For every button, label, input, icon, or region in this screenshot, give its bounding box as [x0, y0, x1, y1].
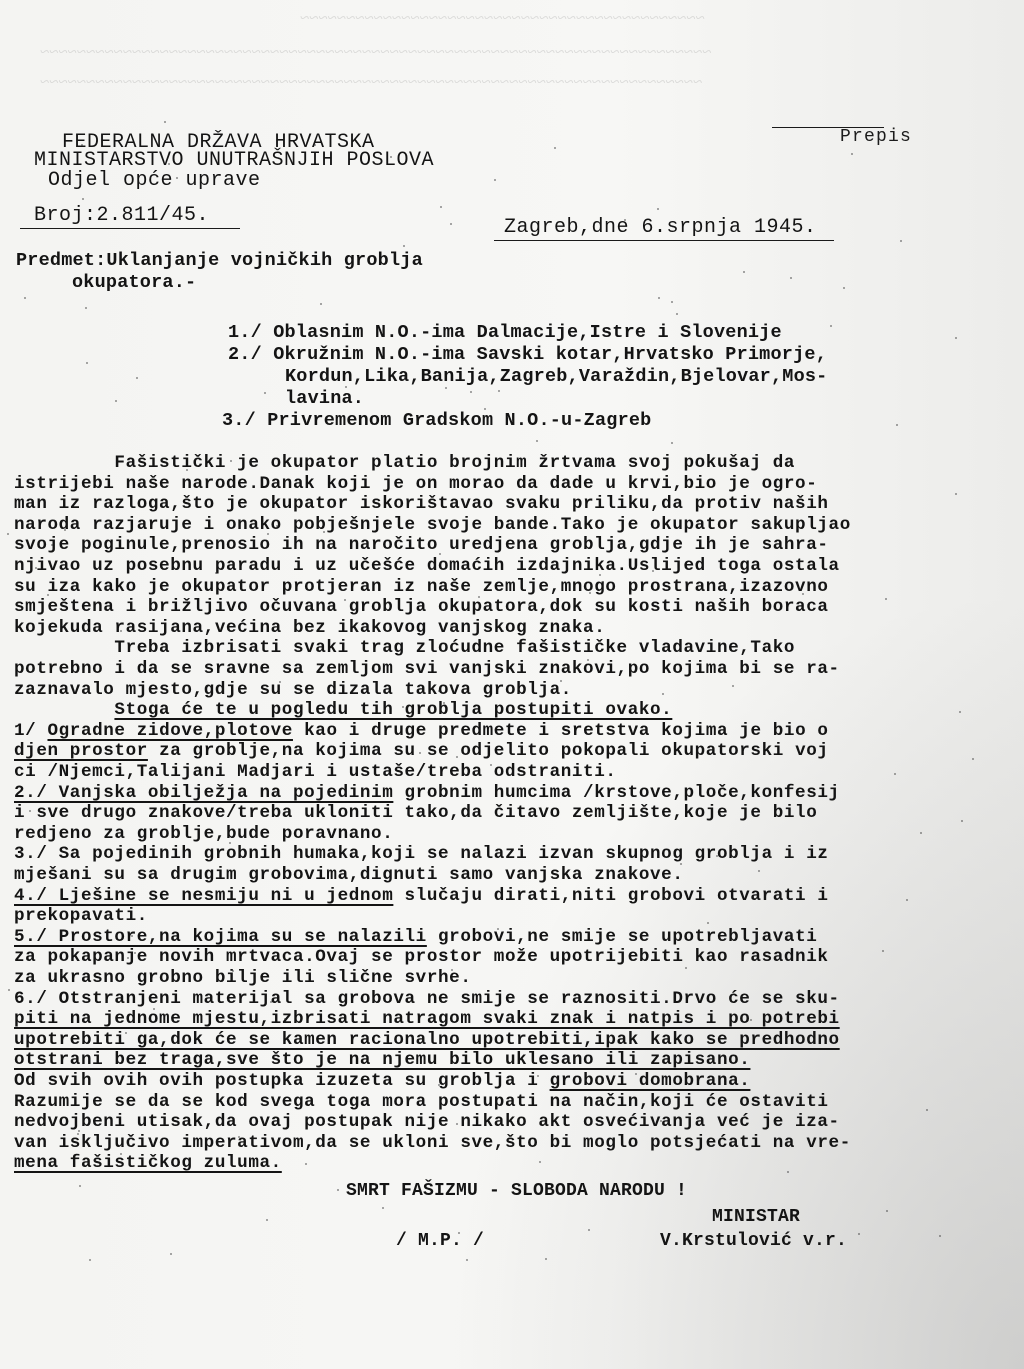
- speck: [51, 544, 53, 546]
- body-line: piti na jednome mjestu,izbrisati natrago…: [14, 1008, 840, 1030]
- speck: [89, 1259, 91, 1261]
- speck: [450, 223, 452, 225]
- speck: [758, 870, 760, 872]
- recipient-2-cont: Kordun,Lika,Banija,Zagreb,Varaždin,Bjelo…: [285, 366, 828, 388]
- speck: [402, 706, 404, 708]
- body-line: mena fašističkog zuluma.: [14, 1152, 282, 1174]
- speck: [451, 969, 453, 971]
- text-segment: istrijebi naše narode.Danak koji je on m…: [14, 474, 817, 494]
- speck: [685, 967, 687, 969]
- speck: [266, 1219, 268, 1221]
- body-line: svoje poginule,prenosio ih na naročito u…: [14, 534, 829, 556]
- speck: [750, 1019, 752, 1021]
- text-segment: redjeno za groblje,bude poravnano.: [14, 824, 393, 844]
- speck: [490, 764, 492, 766]
- speck: [344, 599, 346, 601]
- speck: [264, 392, 266, 394]
- body-line: 6./ Otstranjeni materijal sa grobova ne …: [14, 988, 840, 1010]
- speck: [456, 1123, 458, 1125]
- speck: [926, 1109, 928, 1111]
- speck: [186, 469, 188, 471]
- speck: [894, 773, 896, 775]
- speck: [333, 505, 335, 507]
- speck: [29, 810, 31, 812]
- text-segment: Od svih ovih ovih postupka izuzeta su gr…: [14, 1071, 550, 1091]
- speck: [961, 820, 963, 822]
- text-segment: van isključivo imperativom,da se ukloni …: [14, 1133, 851, 1153]
- speck: [232, 970, 234, 972]
- speck: [494, 179, 496, 181]
- text-segment: [14, 700, 114, 720]
- speck: [478, 596, 480, 598]
- date-underline: [494, 240, 834, 241]
- text-segment: prekopavati.: [14, 906, 148, 926]
- speck: [337, 1189, 339, 1191]
- speck: [183, 876, 185, 878]
- text-segment: za groblje,na kojima su se odjelito poko…: [148, 741, 829, 761]
- speck: [466, 1259, 468, 1261]
- speck: [230, 460, 232, 462]
- speck: [498, 390, 500, 392]
- body-line: zaznavalo mjesto,gdje su se dizala takov…: [14, 679, 572, 701]
- speck: [545, 1258, 547, 1260]
- speck: [35, 567, 37, 569]
- body-line: van isključivo imperativom,da se ukloni …: [14, 1132, 851, 1154]
- body-line: mješani su sa drugim grobovima,dignuti s…: [14, 864, 683, 886]
- speck: [120, 1153, 122, 1155]
- speck: [176, 177, 178, 179]
- speck: [707, 922, 709, 924]
- speck: [77, 1133, 79, 1135]
- speck: [229, 1075, 231, 1077]
- subject-line-2: okupatora.-: [72, 272, 196, 294]
- speck: [536, 440, 538, 442]
- speck: [24, 297, 26, 299]
- underlined-text: piti na jednome mjestu,izbrisati natrago…: [14, 1009, 840, 1029]
- body-line: za pokapanje novih mrtvaca.Ovaj se prost…: [14, 946, 829, 968]
- speck: [86, 362, 88, 364]
- body-line: upotrebiti ga,dok će se kamen racionalno…: [14, 1029, 840, 1051]
- speck: [537, 1075, 539, 1077]
- speck: [8, 989, 10, 991]
- speck: [438, 1084, 440, 1086]
- text-segment: njivao uz posebnu paradu i uz učešće dom…: [14, 556, 840, 576]
- recipient-1: 1./ Oblasnim N.O.-ima Dalmacije,Istre i …: [228, 322, 782, 344]
- speck: [790, 277, 792, 279]
- recipient-2: 2./ Okružnim N.O.-ima Savski kotar,Hrvat…: [228, 344, 827, 366]
- speck: [305, 1163, 307, 1165]
- speck: [458, 1232, 460, 1234]
- underlined-text: otstrani bez traga,sve što je na njemu b…: [14, 1050, 750, 1070]
- underlined-text: djen prostor: [14, 741, 148, 761]
- speck: [7, 533, 9, 535]
- speck: [279, 681, 281, 683]
- text-segment: man iz razloga,što je okupator iskorišta…: [14, 494, 829, 514]
- speck: [882, 950, 884, 952]
- speck: [732, 685, 734, 687]
- text-segment: slučaju dirati,niti grobovi otvarati i: [393, 886, 828, 906]
- underlined-text: mena fašističkog zuluma.: [14, 1153, 282, 1173]
- underlined-text: Ogradne zidove,plotove: [47, 721, 292, 741]
- speck: [229, 842, 231, 844]
- speck: [502, 630, 504, 632]
- speck: [450, 625, 452, 627]
- speck: [270, 1001, 272, 1003]
- bleed-through-text: ~~~~~~~~~~~~~~~~~~~~~~~~~~~~~~~~~~~~~~~~…: [300, 8, 705, 28]
- speck: [896, 424, 898, 426]
- signatory-title: MINISTAR: [712, 1206, 800, 1228]
- speck: [164, 121, 166, 123]
- body-line: Fašistički je okupator platio brojnim žr…: [14, 452, 795, 474]
- speck: [671, 301, 673, 303]
- body-line: smještena i brižljivo očuvana groblja ok…: [14, 596, 829, 618]
- underlined-text: Stoga će te u pogledu tih groblja postup…: [114, 700, 672, 720]
- speck: [168, 163, 170, 165]
- speck: [131, 935, 133, 937]
- underlined-text: grobovi domobrana.: [550, 1071, 751, 1091]
- speck: [115, 400, 117, 402]
- speck: [125, 1032, 127, 1034]
- body-line: Treba izbrisati svaki trag zloćudne faši…: [14, 637, 795, 659]
- speck: [657, 208, 659, 210]
- speck: [955, 493, 957, 495]
- stamp-placeholder: / M.P. /: [396, 1230, 484, 1252]
- body-line: ci /Njemci,Talijani Madjari i ustaše/tre…: [14, 761, 617, 783]
- underlined-text: 2./ Vanjska obilježja na pojedinim: [14, 783, 393, 803]
- speck: [440, 206, 442, 208]
- speck: [886, 1210, 888, 1212]
- text-segment: zaznavalo mjesto,gdje su se dizala takov…: [14, 680, 572, 700]
- speck: [320, 303, 322, 305]
- speck: [906, 899, 908, 901]
- speck: [351, 522, 353, 524]
- body-line: man iz razloga,što je okupator iskorišta…: [14, 493, 829, 515]
- speck: [528, 604, 530, 606]
- speck: [652, 570, 654, 572]
- speck: [134, 952, 136, 954]
- bleed-through-text: ~~~~~~~~~~~~~~~~~~~~~~~~~~~~~~~~~~~~~~~~…: [40, 72, 702, 92]
- text-segment: smještena i brižljivo očuvana groblja ok…: [14, 597, 829, 617]
- speck: [560, 680, 562, 682]
- speck: [959, 711, 961, 713]
- text-segment: naroda razjaruje i onako pobješnjele svo…: [14, 515, 851, 535]
- speck: [939, 1235, 941, 1237]
- text-segment: i sve drugo znakove/treba ukloniti tako,…: [14, 803, 817, 823]
- text-segment: Treba izbrisati svaki trag zloćudne faši…: [14, 638, 795, 658]
- body-line: naroda razjaruje i onako pobješnjele svo…: [14, 514, 851, 536]
- speck: [78, 1130, 80, 1132]
- body-line: potrebno i da se sravne sa zemljom svi v…: [14, 658, 840, 680]
- speck: [136, 377, 138, 379]
- text-segment: nedvojbeni utisak,da ovaj postupak nije …: [14, 1112, 840, 1132]
- speck: [81, 144, 83, 146]
- closing-slogan: SMRT FAŠIZMU - SLOBODA NARODU !: [346, 1180, 687, 1202]
- speck: [662, 693, 664, 695]
- speck: [589, 592, 591, 594]
- speck: [120, 630, 122, 632]
- body-line: 1/ Ogradne zidove,plotove kao i druge pr…: [14, 720, 829, 742]
- speck: [680, 863, 682, 865]
- text-segment: grobnim humcima /krstove,ploče,konfesij: [393, 783, 839, 803]
- speck: [79, 1185, 81, 1187]
- speck: [82, 198, 84, 200]
- text-segment: kojekuda rasijana,većina bez ikakovog va…: [14, 618, 605, 638]
- underlined-text: 4./ Lješine se nesmiju ni u jednom: [14, 886, 393, 906]
- speck: [658, 297, 660, 299]
- speck: [624, 219, 626, 221]
- body-line: za ukrasno grobno bilje ili slične svrhe…: [14, 967, 471, 989]
- speck: [419, 752, 421, 754]
- text-segment: 1/: [14, 721, 47, 741]
- speck: [314, 144, 316, 146]
- speck: [716, 855, 718, 857]
- speck: [153, 1008, 155, 1010]
- speck: [858, 1233, 860, 1235]
- subject-line-1: Predmet:Uklanjanje vojničkih groblja: [16, 250, 423, 272]
- speck: [972, 758, 974, 760]
- speck: [284, 1018, 286, 1020]
- copy-label-underline: [772, 127, 884, 128]
- signature: V.Krstulović v.r.: [660, 1230, 847, 1252]
- speck: [671, 442, 673, 444]
- text-segment: Fašistički je okupator platio brojnim žr…: [14, 453, 795, 473]
- underlined-text: 5./ Prostore,na kojima su se nalazili: [14, 927, 427, 947]
- speck: [843, 287, 845, 289]
- speck: [955, 337, 957, 339]
- speck: [60, 972, 62, 974]
- speck: [747, 856, 749, 858]
- speck: [276, 793, 278, 795]
- speck: [900, 240, 902, 242]
- text-segment: 3./ Sa pojedinih grobnih humaka,koji se …: [14, 844, 829, 864]
- speck: [215, 572, 217, 574]
- text-segment: kao i druge predmete i sretstva kojima j…: [293, 721, 829, 741]
- speck: [439, 553, 441, 555]
- speck: [382, 1207, 384, 1209]
- body-line: prekopavati.: [14, 905, 148, 927]
- speck: [445, 387, 447, 389]
- text-segment: ci /Njemci,Talijani Madjari i ustaše/tre…: [14, 762, 617, 782]
- speck: [85, 307, 87, 309]
- body-line: djen prostor za groblje,na kojima su se …: [14, 740, 829, 762]
- speck: [64, 529, 66, 531]
- body-line: istrijebi naše narode.Danak koji je on m…: [14, 473, 817, 495]
- speck: [790, 933, 792, 935]
- text-segment: 6./ Otstranjeni materijal sa grobova ne …: [14, 989, 840, 1009]
- speck: [238, 1136, 240, 1138]
- header-department: Odjel opće uprave: [48, 170, 261, 192]
- text-segment: potrebno i da se sravne sa zemljom svi v…: [14, 659, 840, 679]
- body-line: Razumije se da se kod svega toga mora po…: [14, 1091, 829, 1113]
- body-line: 5./ Prostore,na kojima su se nalazili gr…: [14, 926, 817, 948]
- text-segment: Razumije se da se kod svega toga mora po…: [14, 1092, 829, 1112]
- speck: [539, 1161, 541, 1163]
- speck: [599, 574, 601, 576]
- speck: [438, 690, 440, 692]
- speck: [170, 1253, 172, 1255]
- body-line: Od svih ovih ovih postupka izuzeta su gr…: [14, 1070, 750, 1092]
- body-line: kojekuda rasijana,većina bez ikakovog va…: [14, 617, 605, 639]
- body-line: redjeno za groblje,bude poravnano.: [14, 823, 393, 845]
- speck: [554, 147, 556, 149]
- body-line: su iza kako je okupator protjeran iz naš…: [14, 576, 829, 598]
- text-segment: grobovi,ne smije se upotrebljavati: [427, 927, 818, 947]
- speck: [47, 594, 49, 596]
- speck: [456, 756, 458, 758]
- body-line: Stoga će te u pogledu tih groblja postup…: [14, 699, 672, 721]
- speck: [323, 531, 325, 533]
- speck: [276, 525, 278, 527]
- speck: [443, 702, 445, 704]
- bleed-through-text: ~~~~~~~~~~~~~~~~~~~~~~~~~~~~~~~~~~~~~~~~…: [40, 42, 711, 62]
- speck: [585, 627, 587, 629]
- speck: [470, 391, 472, 393]
- speck: [743, 271, 745, 273]
- speck: [588, 1229, 590, 1231]
- reference-number: Broj:2.811/45.: [34, 205, 209, 227]
- speck: [404, 376, 406, 378]
- speck: [802, 593, 804, 595]
- speck: [920, 832, 922, 834]
- speck: [885, 598, 887, 600]
- document-date: Zagreb,dne 6.srpnja 1945.: [504, 217, 817, 239]
- body-line: otstrani bez traga,sve što je na njemu b…: [14, 1049, 750, 1071]
- document-page: ~~~~~~~~~~~~~~~~~~~~~~~~~~~~~~~~~~~~~~~~…: [0, 0, 1024, 1369]
- body-line: 2./ Vanjska obilježja na pojedinim grobn…: [14, 782, 840, 804]
- body-line: 4./ Lješine se nesmiju ni u jednom sluča…: [14, 885, 829, 907]
- body-line: njivao uz posebnu paradu i uz učešće dom…: [14, 555, 840, 577]
- text-segment: mješani su sa drugim grobovima,dignuti s…: [14, 865, 683, 885]
- speck: [267, 533, 269, 535]
- speck: [660, 1120, 662, 1122]
- reference-underline: [20, 228, 240, 229]
- speck: [345, 386, 347, 388]
- speck: [676, 313, 678, 315]
- speck: [587, 659, 589, 661]
- speck: [635, 1073, 637, 1075]
- recipient-2-cont: lavina.: [285, 388, 364, 410]
- underlined-text: upotrebiti ga,dok će se kamen racionalno…: [14, 1030, 840, 1050]
- speck: [200, 726, 202, 728]
- speck: [127, 957, 129, 959]
- speck: [830, 325, 832, 327]
- speck: [484, 408, 486, 410]
- body-line: i sve drugo znakove/treba ukloniti tako,…: [14, 802, 817, 824]
- body-line: 3./ Sa pojedinih grobnih humaka,koji se …: [14, 843, 829, 865]
- speck: [403, 245, 405, 247]
- speck: [787, 1171, 789, 1173]
- body-line: nedvojbeni utisak,da ovaj postupak nije …: [14, 1111, 840, 1133]
- recipient-3: 3./ Privremenom Gradskom N.O.-u-Zagreb: [222, 410, 651, 432]
- text-segment: svoje poginule,prenosio ih na naročito u…: [14, 535, 829, 555]
- speck: [851, 153, 853, 155]
- speck: [497, 928, 499, 930]
- copy-label: Prepis: [792, 104, 912, 170]
- speck: [602, 581, 604, 583]
- text-segment: su iza kako je okupator protjeran iz naš…: [14, 577, 829, 597]
- speck: [330, 151, 332, 153]
- text-segment: za pokapanje novih mrtvaca.Ovaj se prost…: [14, 947, 829, 967]
- speck: [390, 156, 392, 158]
- speck: [547, 499, 549, 501]
- text-segment: za ukrasno grobno bilje ili slične svrhe…: [14, 968, 471, 988]
